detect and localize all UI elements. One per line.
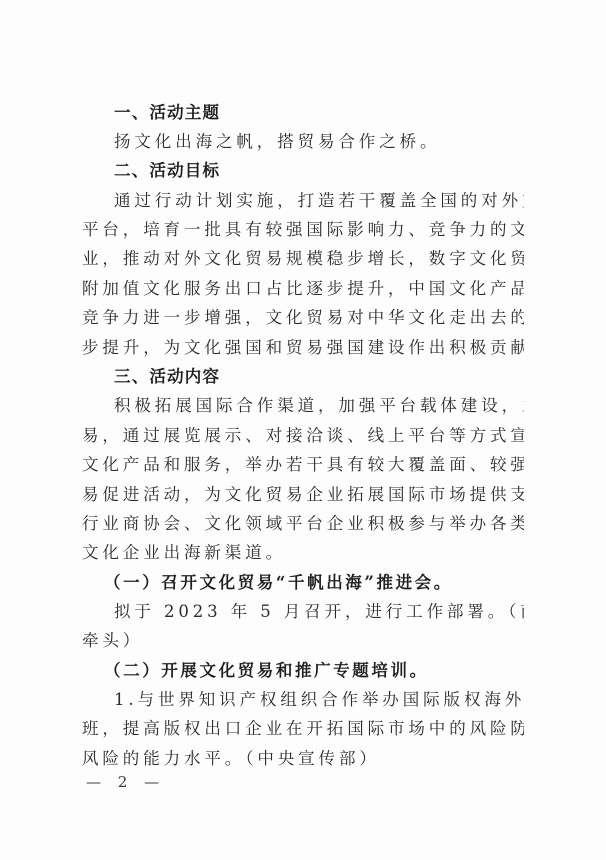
paragraph-line: 文化企业出海新渠道。 xyxy=(82,538,524,567)
paragraph-line: 平台，培育一批具有较强国际影响力、竞争力的文化贸易领军企 xyxy=(82,215,524,244)
paragraph-line: 文化产品和服务，举办若干具有较大覆盖面、较强影响力的文化贸 xyxy=(82,450,524,479)
paragraph-line: 行业商协会、文化领域平台企业积极参与举办各类活动，共同拓展 xyxy=(82,509,524,538)
paragraph-line: 拟于 2023 年 5 月召开，进行工作部署。（商务部、中央宣传部 xyxy=(114,597,524,626)
paragraph-line: 通过行动计划实施，打造若干覆盖全国的对外文化贸易促进 xyxy=(114,186,524,215)
paragraph-line: 易，通过展览展示、对接洽谈、线上平台等方式宣传推广各地特色 xyxy=(82,421,524,450)
paragraph-line: 竞争力进一步增强，文化贸易对中华文化走出去的带动作用进一 xyxy=(82,303,524,332)
paragraph-line: 风险的能力水平。（中央宣传部） xyxy=(82,744,524,773)
document-page: 一、活动主题 扬文化出海之帆，搭贸易合作之桥。 二、活动目标 通过行动计划实施，… xyxy=(0,0,606,860)
paragraph-line: 1.与世界知识产权组织合作举办国际版权海外风险防控培训 xyxy=(114,685,524,714)
paragraph-line: 班，提高版权出口企业在开拓国际市场中的风险防范意识和规避 xyxy=(82,714,524,743)
paragraph-line: 附加值文化服务出口占比逐步提升，中国文化产品和服务的国际 xyxy=(82,274,524,303)
paragraph-line: 积极拓展国际合作渠道，加强平台载体建设，发展数字文化贸 xyxy=(114,391,524,420)
paragraph-line: 牵头） xyxy=(82,626,524,655)
subsection-heading-kickoff: （一）召开文化贸易“千帆出海”推进会。 xyxy=(104,568,524,597)
paragraph-line: 步提升，为文化强国和贸易强国建设作出积极贡献。 xyxy=(82,333,524,362)
paragraph-line: 扬文化出海之帆，搭贸易合作之桥。 xyxy=(114,127,524,156)
paragraph-line: 易促进活动，为文化贸易企业拓展国际市场提供支持。鼓励有关 xyxy=(82,480,524,509)
page-number: — 2 — xyxy=(86,770,165,794)
section-heading-theme: 一、活动主题 xyxy=(114,98,524,127)
section-heading-goals: 二、活动目标 xyxy=(114,156,524,185)
subsection-heading-training: （二）开展文化贸易和推广专题培训。 xyxy=(104,656,524,685)
section-heading-content: 三、活动内容 xyxy=(114,362,524,391)
paragraph-line: 业，推动对外文化贸易规模稳步增长，数字文化贸易快速发展，高 xyxy=(82,244,524,273)
